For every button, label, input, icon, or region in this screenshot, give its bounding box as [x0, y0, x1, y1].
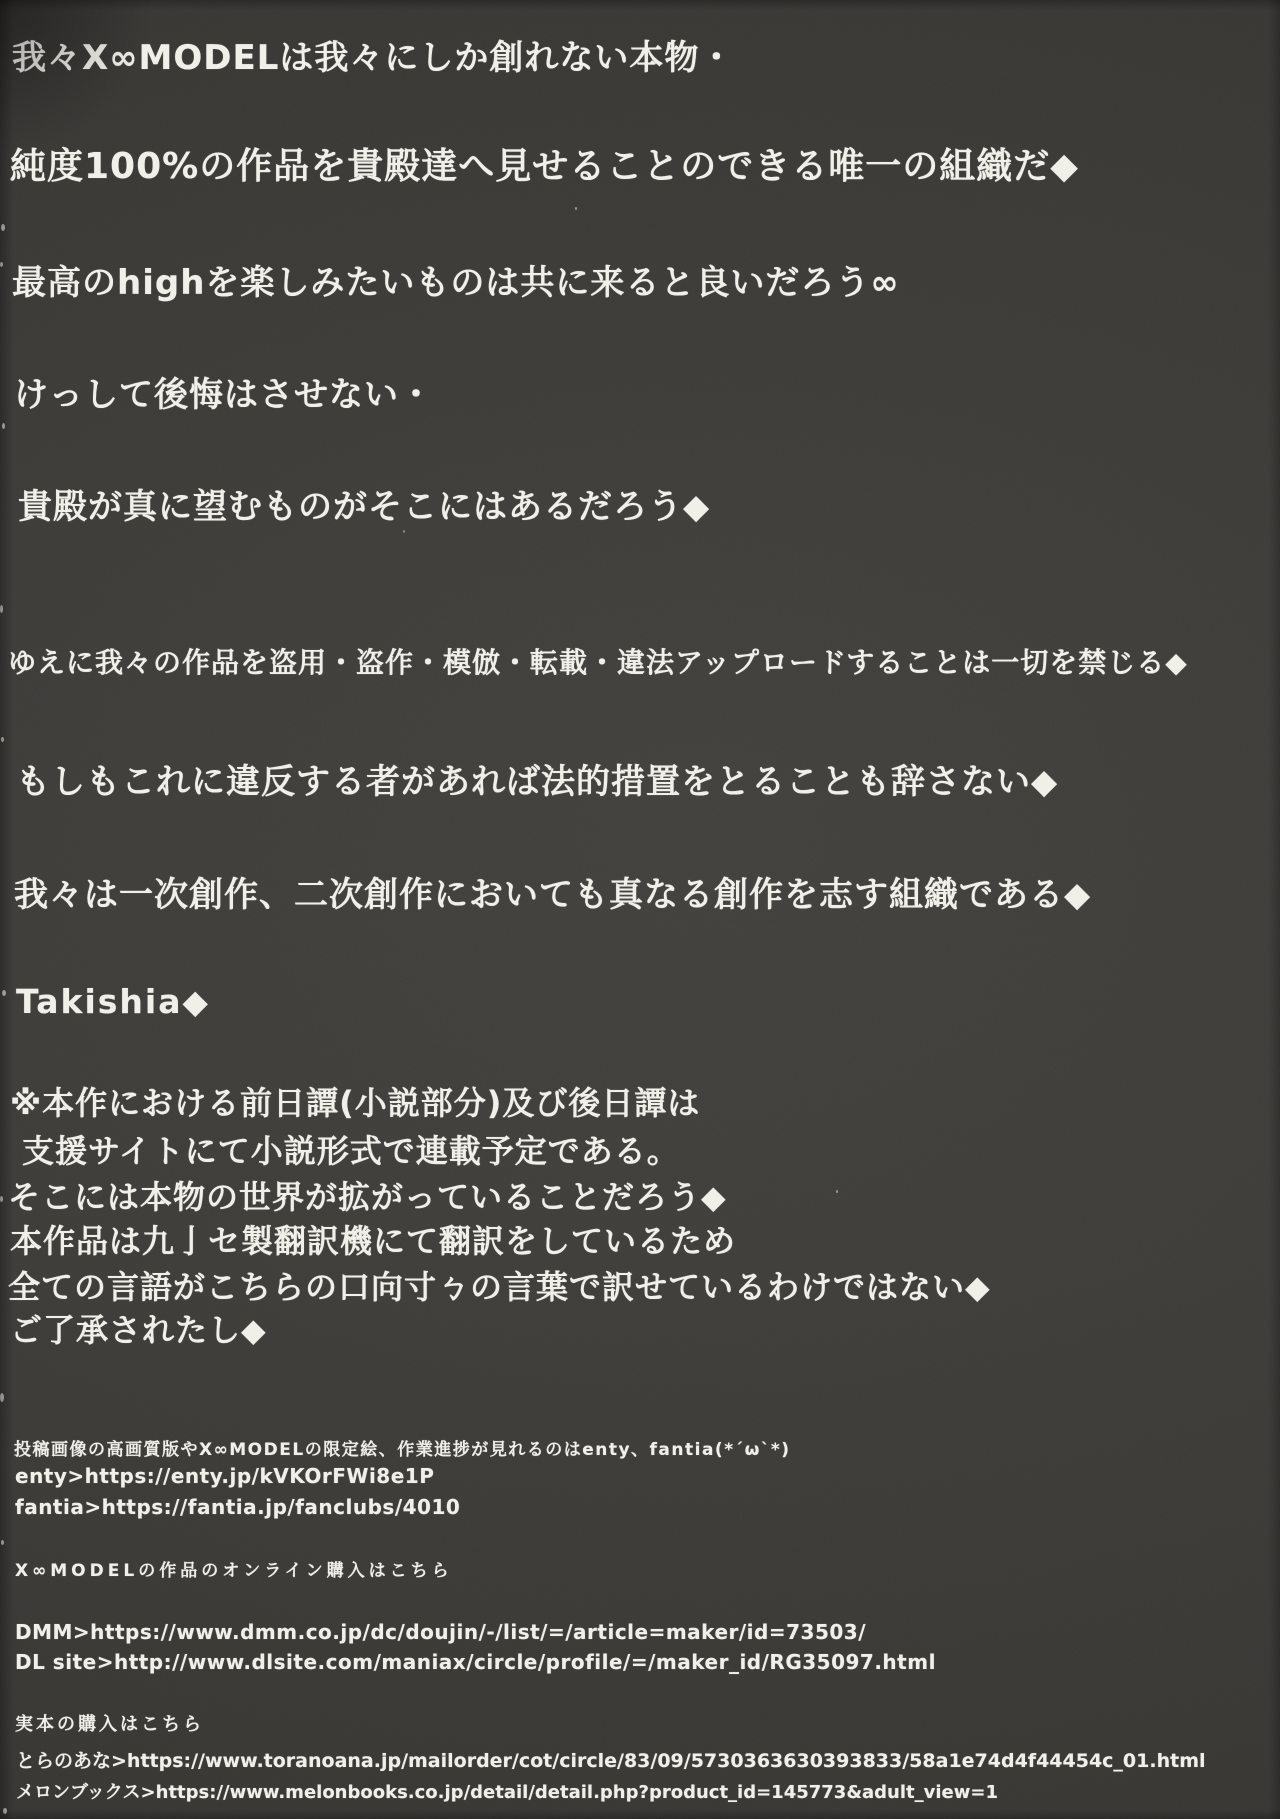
online-purchase-heading: X∞MODELの作品のオンライン購入はこちら: [15, 1556, 453, 1581]
manifesto-line-purity: 純度100%の作品を貴殿達へ見せることのできる唯一の組織だ◆: [10, 138, 1079, 189]
scan-artifact: [0, 605, 3, 613]
scan-artifact: [0, 262, 3, 267]
manifesto-line-true-creation: 我々は一次創作、二次創作においても真なる創作を志す組織である◆: [14, 867, 1091, 916]
manifesto-line-legal-action: もしもこれに違反する者があれば法的措置をとることも辞さない◆: [16, 754, 1058, 803]
note-line-support-site: 支援サイトにて小説形式で連載予定である。: [22, 1126, 680, 1172]
scanned-page: 我々X∞MODELは我々にしか創れない本物・ 純度100%の作品を貴殿達へ見せる…: [0, 0, 1280, 1819]
note-line-translator: 本作品は九亅セ製翻訳機にて翻訳をしているため: [10, 1216, 736, 1262]
enty-url-line: enty>https://enty.jp/kVKOrFWi8e1P: [15, 1464, 434, 1488]
manifesto-line-authenticity: 我々X∞MODELは我々にしか創れない本物・: [12, 30, 734, 79]
melonbooks-url-line: メロンブックス>https://www.melonbooks.co.jp/det…: [16, 1778, 998, 1804]
fantia-url-line: fantia>https://fantia.jp/fanclubs/4010: [15, 1495, 460, 1519]
scan-artifact: [1, 737, 4, 742]
scan-artifact: [2, 990, 6, 996]
manifesto-line-desire: 貴殿が真に望むものがそこにはあるだろう◆: [18, 479, 710, 528]
support-intro: 投稿画像の高画質版やX∞MODELの限定絵、作業進捗が見れるのはenty、fan…: [14, 1435, 791, 1460]
scan-artifact: [575, 207, 577, 210]
scan-artifact: [0, 1393, 4, 1402]
scan-artifact: [2, 423, 5, 429]
artist-signature: Takishia◆: [16, 982, 210, 1021]
dlsite-url-line: DL site>http://www.dlsite.com/maniax/cir…: [15, 1650, 936, 1674]
scan-artifact: [1, 1540, 4, 1545]
note-line-real-world: そこには本物の世界が拡がっていることだろう◆: [8, 1172, 727, 1218]
manifesto-line-no-regret: けっして後悔はさせない・: [14, 367, 434, 416]
manifesto-line-prohibition: ゆえに我々の作品を盗用・盗作・模倣・転載・違法アップロードすることは一切を禁じる…: [8, 641, 1188, 681]
note-line-understanding: ご了承されたし◆: [10, 1305, 267, 1351]
scan-artifact: [403, 530, 405, 533]
manifesto-line-high: 最高のhighを楽しみたいものは共に来ると良いだろう∞: [12, 255, 900, 304]
scan-artifact: [836, 1190, 838, 1193]
dmm-url-line: DMM>https://www.dmm.co.jp/dc/doujin/-/li…: [15, 1620, 866, 1644]
scan-artifact: [0, 1196, 3, 1202]
scan-artifact: [3, 1808, 7, 1814]
toranoana-url-line: とらのあな>https://www.toranoana.jp/mailorder…: [16, 1746, 1206, 1773]
scan-artifact: [1, 224, 5, 231]
note-line-languages: 全ての言語がこちらの口向寸ㄅの言葉で訳せているわけではない◆: [8, 1262, 991, 1308]
physical-purchase-heading: 実本の購入はこちら: [15, 1710, 204, 1736]
note-line-prequel: ※本作における前日譚(小説部分)及び後日譚は: [10, 1078, 700, 1124]
